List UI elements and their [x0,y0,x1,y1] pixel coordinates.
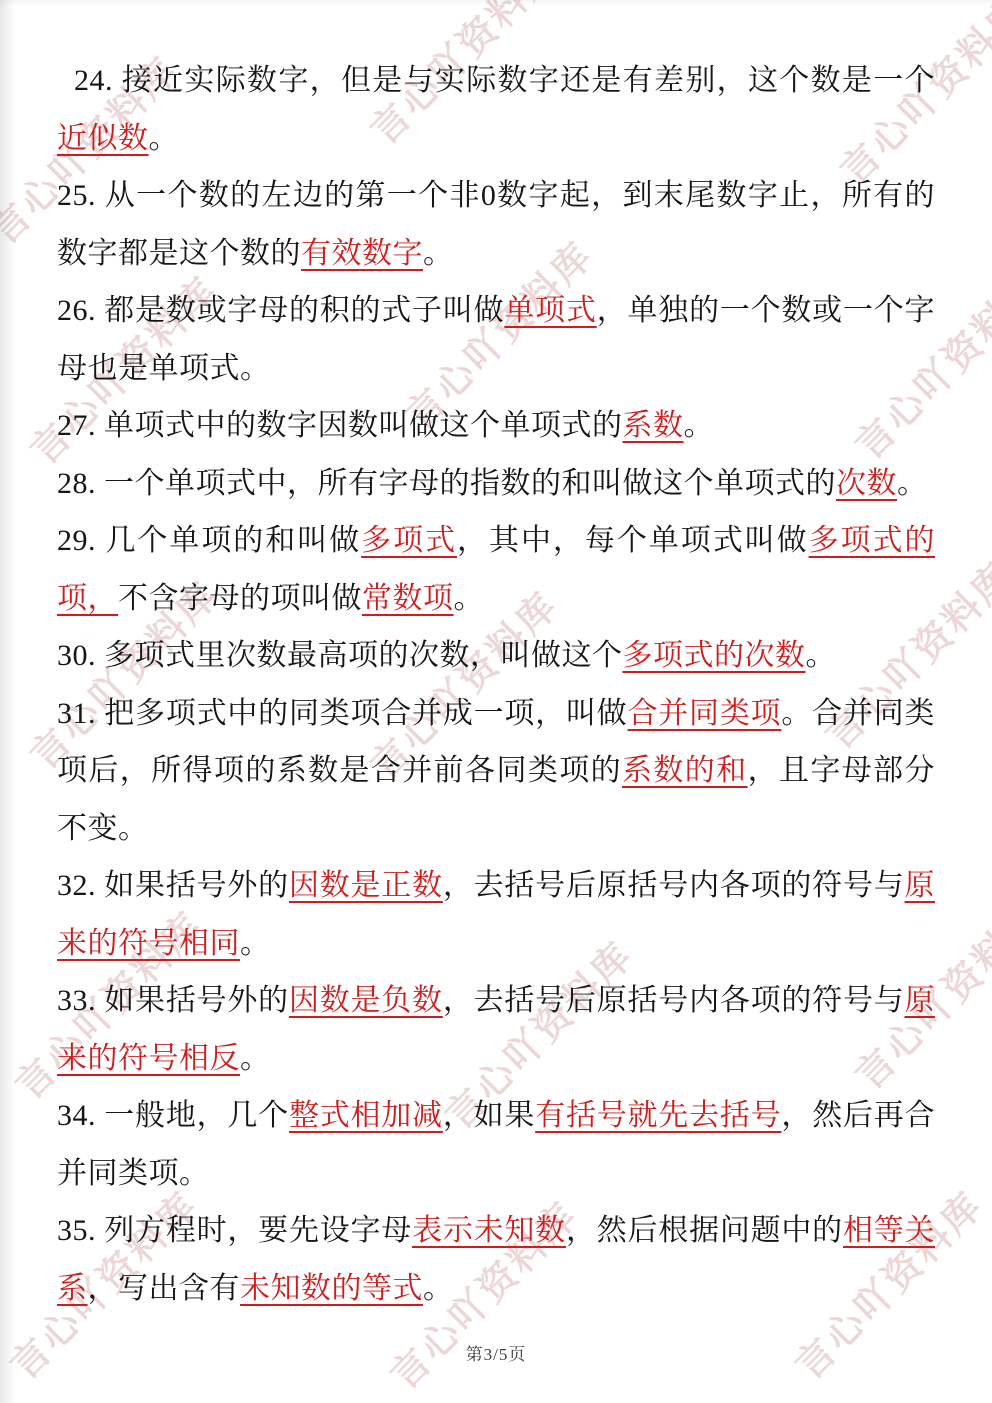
body-text: 不含字母的项叫做 [118,582,362,615]
document-item-30: 30. 多项式里次数最高项的次数，叫做这个多项式的次数。 [57,627,935,685]
key-term: 有效数字 [301,237,423,270]
document-item-34: 34. 一般地，几个整式相加减，如果有括号就先去括号，然后再合并同类项。 [57,1087,935,1202]
body-text: 24. 接近实际数字，但是与实际数字还是有差别，这个数是一个 [74,64,935,97]
document-item-25: 25. 从一个数的左边的第一个非0数字起，到末尾数字止，所有的数字都是这个数的有… [57,167,935,282]
key-term: 因数是负数 [289,984,443,1017]
document-page: 言心吖资料库言心吖资料库言心吖资料库言心吖资料库言心吖资料库言心吖资料库言心吖资… [0,0,992,1403]
document-item-26: 26. 都是数或字母的积的式子叫做单项式，单独的一个数或一个字母也是单项式。 [57,282,935,397]
body-text: ，去括号后原括号内各项的符号与 [443,984,905,1017]
document-item-28: 28. 一个单项式中，所有字母的指数的和叫做这个单项式的次数。 [57,455,935,513]
body-text: ，其中，每个单项式叫做 [457,524,809,557]
key-term: 系数的和 [622,754,748,787]
page-footer: 第3/5页 [0,1340,992,1365]
document-item-31: 31. 把多项式中的同类项合并成一项，叫做合并同类项。合并同类项后，所得项的系数… [57,685,935,858]
key-term: 系数 [623,409,684,442]
body-text: 30. 多项式里次数最高项的次数，叫做这个 [57,639,623,672]
body-text: 。 [454,582,485,615]
body-text: ，写出含有 [88,1272,241,1305]
body-text: 28. 一个单项式中，所有字母的指数的和叫做这个单项式的 [57,467,836,500]
key-term: 整式相加减 [289,1099,443,1132]
key-term: 有括号就先去括号 [535,1099,781,1132]
document-item-33: 33. 如果括号外的因数是负数，去括号后原括号内各项的符号与原来的符号相反。 [57,972,935,1087]
body-text: 。 [240,1042,271,1075]
body-text: 。 [806,639,837,672]
key-term: 合并同类项 [628,697,782,730]
body-text: 25. 从一个数的左边的第一个非0数字起，到末尾数字止，所有的数字都是这个数的 [57,179,935,270]
body-text: 27. 单项式中的数字因数叫做这个单项式的 [57,409,623,442]
body-text: 35. 列方程时，要先设字母 [57,1214,412,1247]
document-item-35: 35. 列方程时，要先设字母表示未知数，然后根据问题中的相等关系，写出含有未知数… [57,1202,935,1317]
body-text: 。 [897,467,928,500]
key-term: 常数项 [362,582,454,615]
body-text: 31. 把多项式中的同类项合并成一项，叫做 [57,697,628,730]
key-term: 多项式的次数 [623,639,806,672]
page-number-label: 第3/5页 [466,1345,527,1364]
key-term: 表示未知数 [412,1214,566,1247]
document-item-24: 24. 接近实际数字，但是与实际数字还是有差别，这个数是一个近似数。 [57,52,935,167]
key-term: 未知数的等式 [240,1272,423,1305]
body-text: 29. 几个单项的和叫做 [57,524,361,557]
body-text: 。 [240,927,271,960]
body-text: 33. 如果括号外的 [57,984,289,1017]
document-item-29: 29. 几个单项的和叫做多项式，其中，每个单项式叫做多项式的项，不含字母的项叫做… [57,512,935,627]
body-text: 34. 一般地，几个 [57,1099,289,1132]
key-term: 次数 [836,467,897,500]
body-text: 。 [423,237,454,270]
body-text: 。 [684,409,715,442]
key-term: 多项式 [361,524,457,557]
body-text: ，去括号后原括号内各项的符号与 [443,869,905,902]
key-term: 单项式 [504,294,596,327]
body-text: 。 [423,1272,454,1305]
body-text: 26. 都是数或字母的积的式子叫做 [57,294,504,327]
body-text: ，如果 [443,1099,535,1132]
document-item-27: 27. 单项式中的数字因数叫做这个单项式的系数。 [57,397,935,455]
key-term: 近似数 [57,122,149,155]
document-item-32: 32. 如果括号外的因数是正数，去括号后原括号内各项的符号与原来的符号相同。 [57,857,935,972]
key-term: 因数是正数 [289,869,443,902]
body-text: 。 [149,122,180,155]
body-text: ，然后根据问题中的 [566,1214,843,1247]
document-body: 24. 接近实际数字，但是与实际数字还是有差别，这个数是一个近似数。25. 从一… [0,0,992,1317]
body-text: 32. 如果括号外的 [57,869,289,902]
